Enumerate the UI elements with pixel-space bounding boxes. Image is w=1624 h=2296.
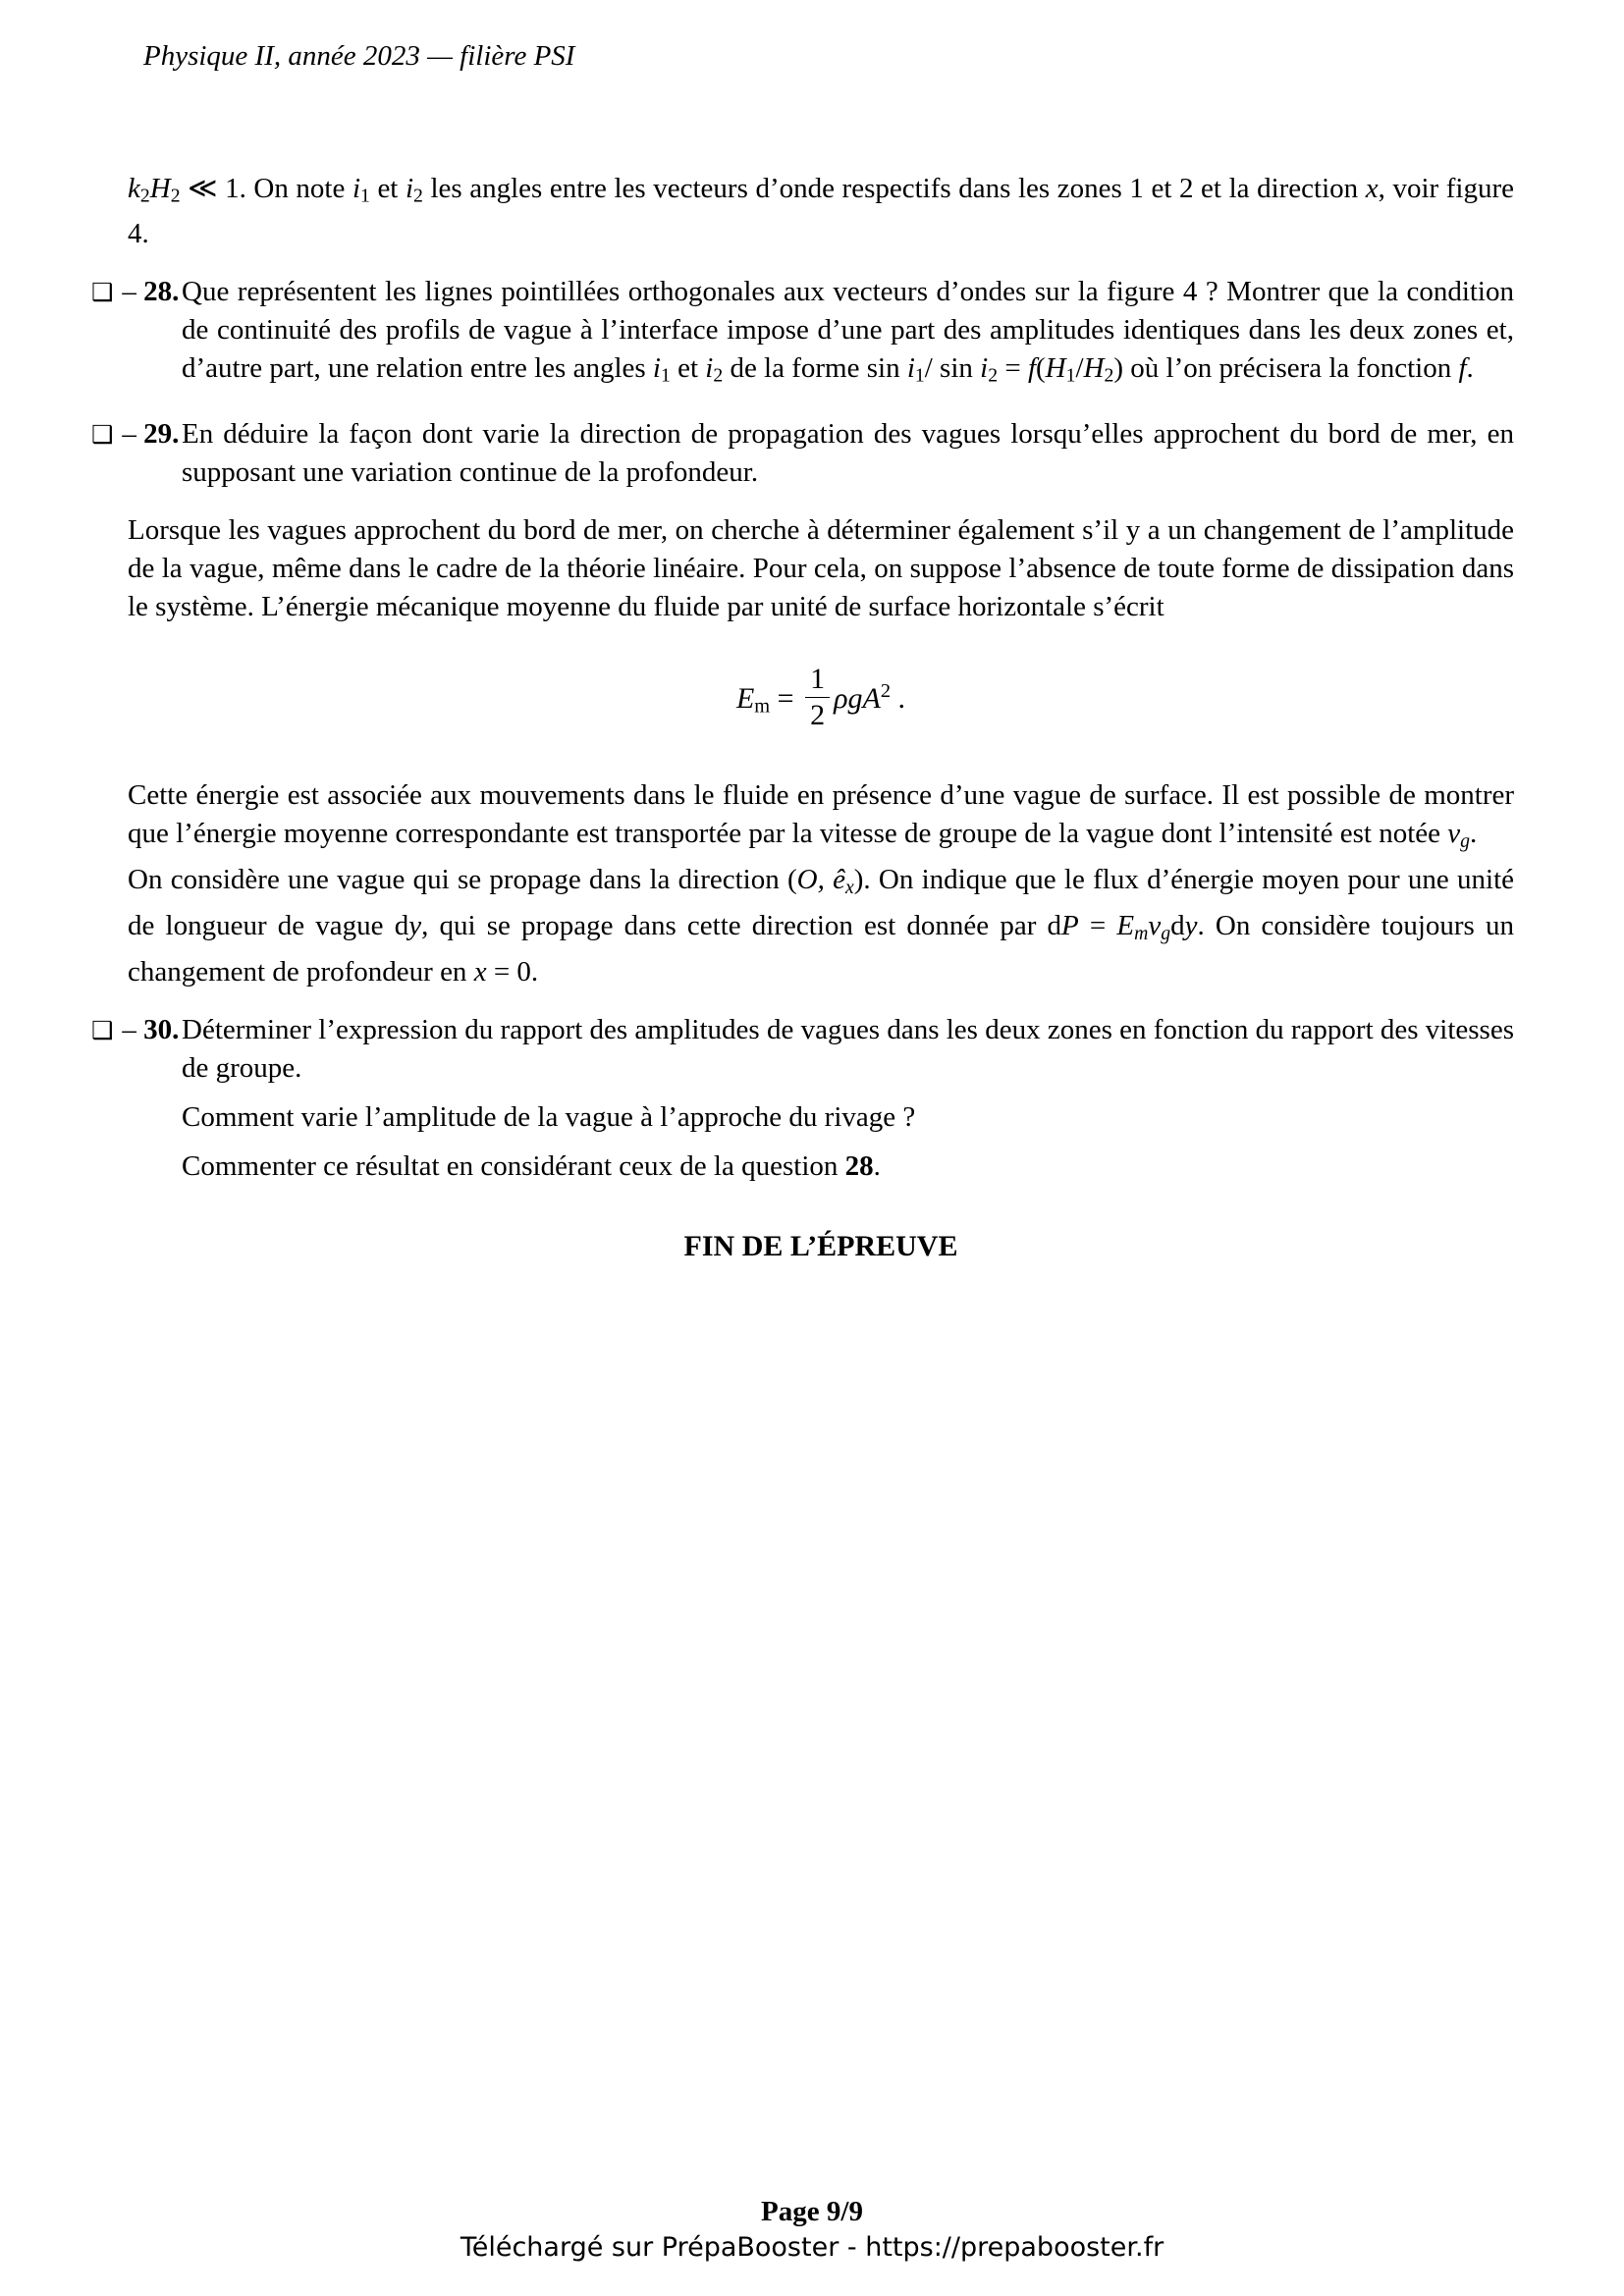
checkbox-icon: ❑	[91, 273, 113, 311]
question-28-text: Que représentent les lignes pointillées …	[182, 273, 1514, 395]
question-29-marker: ❑ – 29.	[91, 415, 182, 492]
page-number: Page 9/9	[0, 2193, 1624, 2231]
checkbox-icon: ❑	[91, 1011, 113, 1049]
question-30-text-3: Commenter ce résultat en considérant ceu…	[182, 1148, 1514, 1186]
question-28-marker: ❑ – 28.	[91, 273, 182, 395]
question-29-body: En déduire la façon dont varie la direct…	[182, 415, 1514, 492]
checkbox-icon: ❑	[91, 415, 113, 454]
document-content: k2H2 ≪ 1. On note i1 et i2 les angles en…	[0, 170, 1624, 1265]
question-30: ❑ – 30. Déterminer l’expression du rappo…	[91, 1011, 1514, 1186]
surface-energy-paragraph: Cette énergie est associée aux mouvement…	[128, 776, 1514, 861]
question-28: ❑ – 28. Que représentent les lignes poin…	[91, 273, 1514, 395]
energy-flux-paragraph: On considère une vague qui se propage da…	[128, 861, 1514, 991]
question-28-number: – 28.	[122, 273, 179, 311]
question-30-text-2: Comment varie l’amplitude de la vague à …	[182, 1098, 1514, 1137]
page-header: Physique II, année 2023 — filière PSI	[143, 37, 1514, 76]
question-28-body: Que représentent les lignes pointillées …	[182, 273, 1514, 395]
question-29-text: En déduire la façon dont varie la direct…	[182, 415, 1514, 492]
question-29: ❑ – 29. En déduire la façon dont varie l…	[91, 415, 1514, 492]
question-29-number: – 29.	[122, 415, 179, 454]
energy-paragraph: Lorsque les vagues approchent du bord de…	[128, 511, 1514, 626]
download-link[interactable]: Téléchargé sur PrépaBooster - https://pr…	[0, 2228, 1624, 2267]
mean-energy-equation: Em = 12ρgA2 .	[128, 646, 1514, 752]
end-of-exam-heading: FIN DE L’ÉPREUVE	[128, 1227, 1514, 1265]
document-page: Physique II, année 2023 — filière PSI k2…	[0, 0, 1624, 2296]
question-30-marker: ❑ – 30.	[91, 1011, 182, 1186]
question-30-text-1: Déterminer l’expression du rapport des a…	[182, 1011, 1514, 1088]
question-30-body: Déterminer l’expression du rapport des a…	[182, 1011, 1514, 1186]
intro-paragraph: k2H2 ≪ 1. On note i1 et i2 les angles en…	[128, 170, 1514, 253]
question-30-number: – 30.	[122, 1011, 179, 1049]
